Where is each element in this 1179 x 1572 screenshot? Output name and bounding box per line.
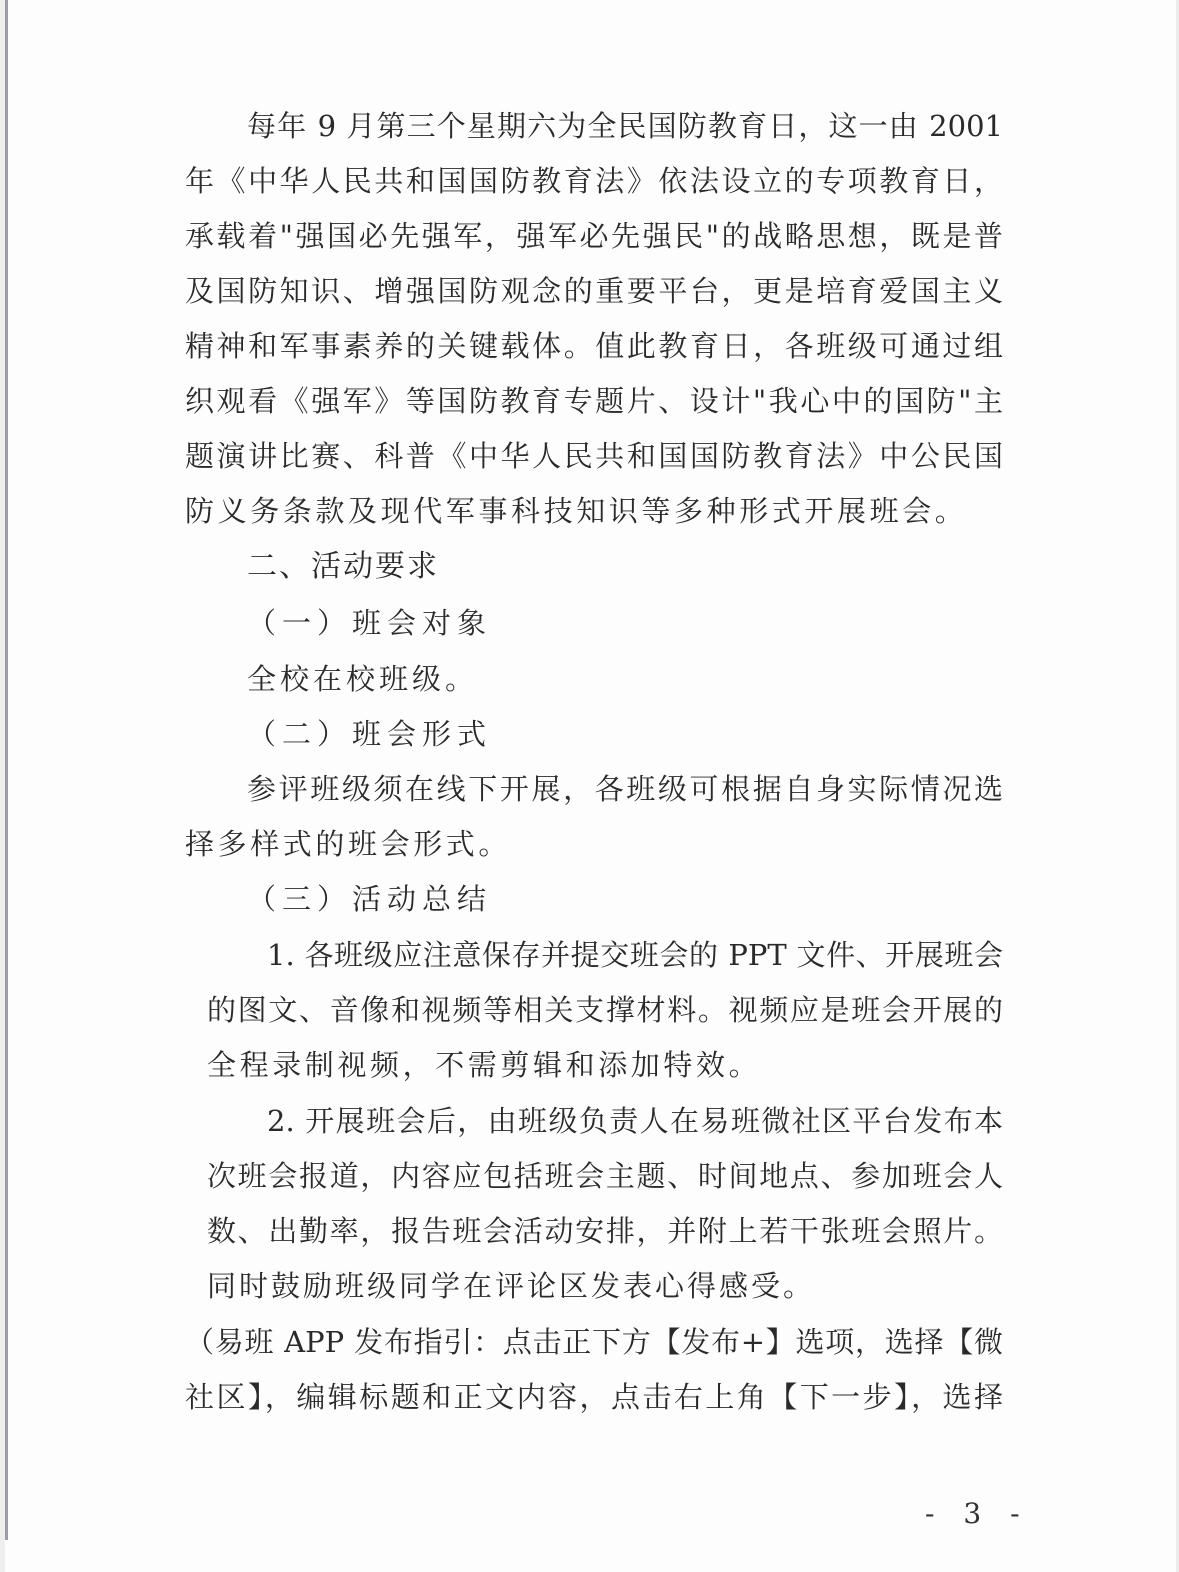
paragraph-line: 同时鼓励班级同学在评论区发表心得感受。 [207, 1266, 815, 1306]
paragraph-line: 数、出勤率，报告班会活动安排，并附上若干张班会照片。 [207, 1211, 1003, 1251]
paragraph-line: 1. 各班级应注意保存并提交班会的 PPT 文件、开展班会 [267, 935, 1003, 975]
paragraph-line: 防义务条款及现代军事科技知识等多种形式开展班会。 [185, 491, 967, 531]
paragraph-line: 全程录制视频，不需剪辑和添加特效。 [207, 1045, 761, 1085]
paragraph-line: 的图文、音像和视频等相关支撑材料。视频应是班会开展的 [207, 990, 1003, 1030]
paragraph-line: 精神和军事素养的关键载体。值此教育日，各班级可通过组 [185, 326, 1003, 366]
page-left-edge [5, 0, 8, 1540]
paragraph-line: 全校在校班级。 [247, 659, 478, 699]
paragraph-line: 年《中华人民共和国国防教育法》依法设立的专项教育日， [185, 161, 1003, 201]
subsection-heading: （一）班会对象 [247, 603, 492, 643]
paragraph-line: 择多样式的班会形式。 [185, 824, 511, 864]
paragraph-line: 2. 开展班会后，由班级负责人在易班微社区平台发布本 [267, 1101, 1003, 1141]
paragraph-line: 社区】，编辑标题和正文内容，点击右上角【下一步】，选择 [185, 1377, 1003, 1417]
paragraph-line: 及国防知识、增强国防观念的重要平台，更是培育爱国主义 [185, 271, 1003, 311]
paragraph-line: （易班 APP 发布指引：点击正下方【发布+】选项，选择【微 [185, 1322, 1003, 1362]
paragraph-line: 次班会报道，内容应包括班会主题、时间地点、参加班会人 [207, 1156, 1003, 1196]
paragraph-line: 参评班级须在线下开展，各班级可根据自身实际情况选 [247, 769, 1003, 809]
subsection-heading: （二）班会形式 [247, 714, 492, 754]
paragraph-line: 织观看《强军》等国防教育专题片、设计"我心中的国防"主 [185, 381, 1003, 421]
paragraph-line: 题演讲比赛、科普《中华人民共和国国防教育法》中公民国 [185, 436, 1003, 476]
paragraph-line: 每年 9 月第三个星期六为全民国防教育日，这一由 2001 [247, 106, 1003, 146]
section-heading: 二、活动要求 [247, 547, 439, 587]
subsection-heading: （三）活动总结 [247, 879, 492, 919]
paragraph-line: 承载着"强国必先强军，强军必先强民"的战略思想，既是普 [185, 216, 1003, 256]
page-number: - 3 - [925, 1497, 1030, 1530]
